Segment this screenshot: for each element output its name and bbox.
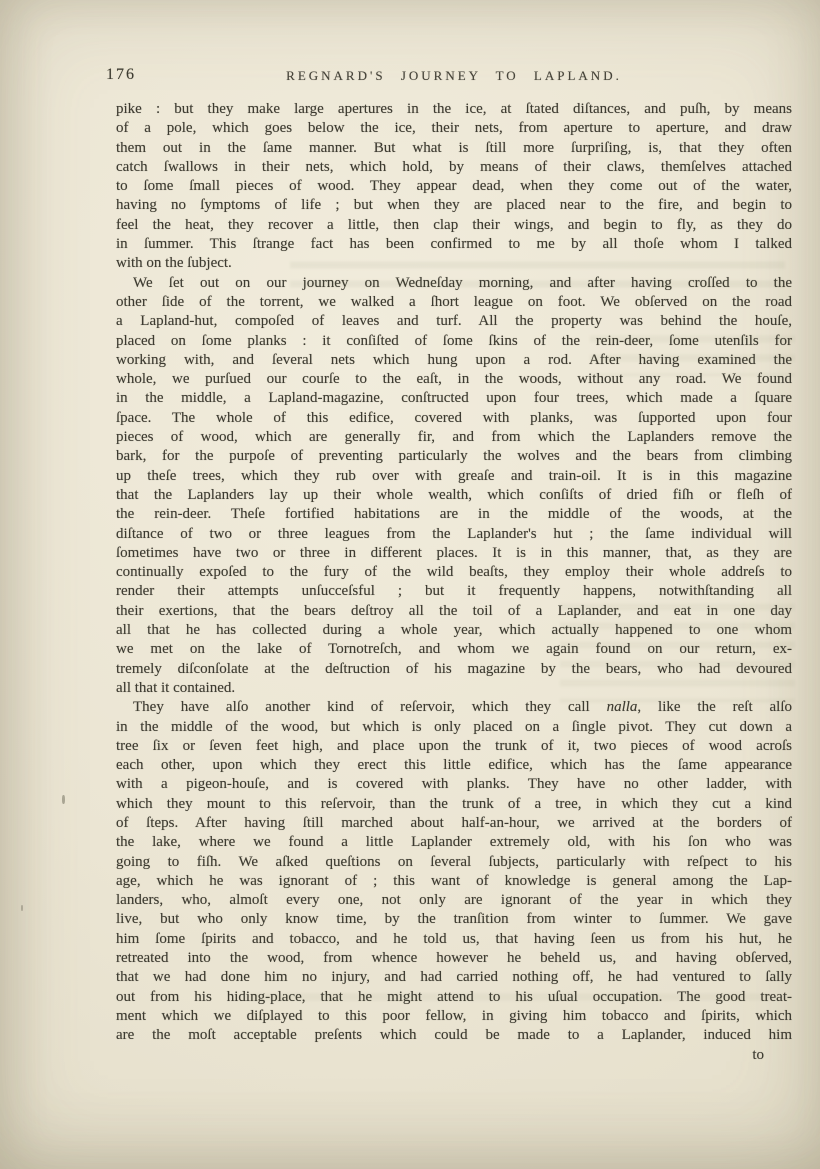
scan-speck <box>62 795 65 804</box>
text-line: continually expoſed to the fury of the w… <box>116 563 792 582</box>
scan-speck <box>21 905 23 911</box>
text-line: diſtance of two or three leagues from th… <box>116 525 792 544</box>
text-line: up theſe trees, which they rub over with… <box>116 467 792 486</box>
text-line: the rein-deer. Theſe fortified habitatio… <box>116 505 792 524</box>
text-line: them out in the ſame manner. But what is… <box>116 139 792 158</box>
text-line: age, which he was ignorant of ; this wan… <box>116 872 792 891</box>
text-line: are the moſt acceptable preſents which c… <box>116 1026 792 1045</box>
text-line: placed on ſome planks : it conſiſted of … <box>116 332 792 351</box>
text-line: pike : but they make large apertures in … <box>116 100 792 119</box>
text-line: bark, for the purpoſe of preventing part… <box>116 447 792 466</box>
text-line: render their attempts unſucceſsful ; but… <box>116 582 792 601</box>
text-line: tree ſix or ſeven feet high, and place u… <box>116 737 792 756</box>
text-line: ſometimes have two or three in different… <box>116 544 792 563</box>
book-page-scan: 176 REGNARD'S JOURNEY TO LAPLAND. pike :… <box>0 0 820 1169</box>
text-line: in ſummer. This ſtrange fact has been co… <box>116 235 792 254</box>
text-line: retreated into the wood, from whence how… <box>116 949 792 968</box>
text-line: of ſteps. After having ſtill marched abo… <box>116 814 792 833</box>
text-line: working with, and ſeveral nets which hun… <box>116 351 792 370</box>
text-line: ſpace. The whole of this edifice, covere… <box>116 409 792 428</box>
text-line: him ſome ſpirits and tobacco, and he tol… <box>116 930 792 949</box>
text-line: with a pigeon-houſe, and is covered with… <box>116 775 792 794</box>
text-line: a Lapland-hut, compoſed of leaves and tu… <box>116 312 792 331</box>
text-line: to ſome ſmall pieces of wood. They appea… <box>116 177 792 196</box>
text-line: which they mount to this reſervoir, than… <box>116 795 792 814</box>
text-line: They have alſo another kind of reſervoir… <box>116 698 792 717</box>
text-line: pieces of wood, which are generally fir,… <box>116 428 792 447</box>
text-line: the lake, where we found a little Laplan… <box>116 833 792 852</box>
text-line: We ſet out on our journey on Wedneſday m… <box>116 274 792 293</box>
text-line: landers, who, almoſt every one, not only… <box>116 891 792 910</box>
text-line: having no ſymptoms of life ; but when th… <box>116 196 792 215</box>
text-line: tremely diſconſolate at the deſtruction … <box>116 660 792 679</box>
text-line: ment which we diſplayed to this poor fel… <box>116 1007 792 1026</box>
text-line: whole, we purſued our courſe to the eaſt… <box>116 370 792 389</box>
text-line: all that it contained. <box>116 679 792 698</box>
text-line: with on the ſubject. <box>116 254 792 273</box>
text-line: live, but who only know time, by the tra… <box>116 910 792 929</box>
text-line: of a pole, which goes below the ice, the… <box>116 119 792 138</box>
text-line: each other, upon which they erect this l… <box>116 756 792 775</box>
catchword: to <box>116 1046 792 1065</box>
text-line: all that he has collected during a whole… <box>116 621 792 640</box>
text-line: catch ſwallows in their nets, which hold… <box>116 158 792 177</box>
text-line: in the middle, a Lapland-magazine, conſt… <box>116 389 792 408</box>
text-line: out from his hiding-place, that he might… <box>116 988 792 1007</box>
text-line: other ſide of the torrent, we walked a ſ… <box>116 293 792 312</box>
text-line: we met on the lake of Tornotreſch, and w… <box>116 640 792 659</box>
text-line: feel the heat, they recover a little, th… <box>116 216 792 235</box>
text-line: that the Laplanders lay up their whole w… <box>116 486 792 505</box>
running-header: REGNARD'S JOURNEY TO LAPLAND. <box>116 68 792 84</box>
text-line: that we had done him no injury, and had … <box>116 968 792 987</box>
text-line: going to fiſh. We aſked queſtions on ſev… <box>116 853 792 872</box>
text-line: their exertions, that the bears deſtroy … <box>116 602 792 621</box>
text-block: pike : but they make large apertures in … <box>116 100 792 1065</box>
text-line: in the middle of the wood, but which is … <box>116 718 792 737</box>
